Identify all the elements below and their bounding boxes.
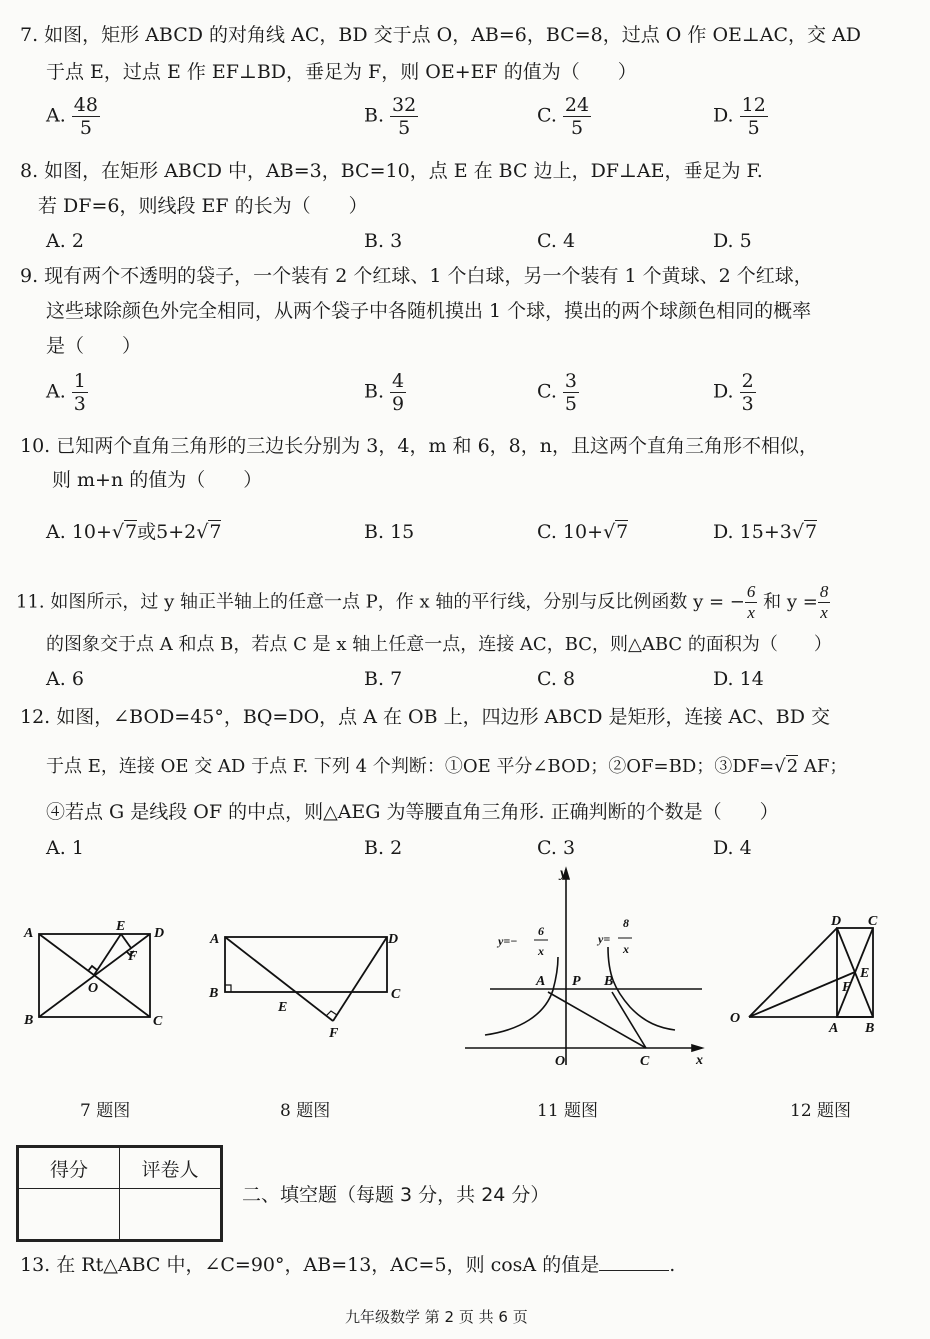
expr-part: 10+ [563,521,603,543]
expr-part: 或5+2 [137,521,196,543]
q12-line1: 12. 如图，∠BOD=45°，BQ=DO，点 A 在 OB 上，四边形 ABC… [20,705,830,729]
point-label-d: D [153,926,164,941]
q10-option-c[interactable]: C. 10+√7 [537,520,628,544]
equation-2-numerator: 8 [623,916,629,930]
point-label-e: E [115,919,125,934]
q7-line2: 于点 E，过点 E 作 EF⊥BD，垂足为 F，则 OE+EF 的值为（ ） [46,60,637,84]
denominator: 5 [396,117,412,139]
numerator: 1 [72,370,88,393]
point-label-b: B [23,1013,33,1028]
q12-line3: ④若点 G 是线段 OF 的中点，则△AEG 为等腰直角三角形. 正确判断的个数… [46,800,779,824]
numerator: 24 [563,94,591,117]
option-label: B. [364,837,384,859]
denominator: 5 [78,117,94,139]
q13-end: . [669,1254,675,1276]
axis-label-y: y [558,866,567,881]
point-label-o: O [555,1054,565,1069]
point-label-d: D [830,914,841,929]
q11-line1-text: 11. 如图所示，过 y 轴正半轴上的任意一点 P，作 x 轴的平行线，分别与反… [16,592,745,613]
option-label: A. [46,105,66,127]
q11-option-b[interactable]: B. 7 [364,667,402,691]
q10-line2: 则 m+n 的值为（ ） [52,468,262,492]
figure-11-diagram: y x A P B O C y=− 6 x y= 8 x [460,865,710,1070]
q12-option-b[interactable]: B. 2 [364,836,402,860]
point-label-e: E [859,966,869,981]
denominator: 5 [569,117,585,139]
figure-12-diagram: O A B C D E F [725,910,895,1035]
equation-label-1: y=− [496,934,517,948]
option-label: C. [537,105,557,127]
q12-option-d[interactable]: D. 4 [713,836,752,860]
q7-option-c[interactable]: C.245 [537,94,591,139]
point-label-c: C [153,1014,163,1029]
option-label: B. [364,230,384,252]
option-label: A. [46,230,66,252]
option-value: 3 [563,837,575,859]
q12-line2-text: 于点 E，连接 OE 交 AD 于点 F. 下列 4 个判断：①OE 平分∠BO… [46,756,774,777]
expr-part: 15+3 [740,521,792,543]
page-footer: 九年级数学 第 2 页 共 6 页 [345,1306,528,1327]
denominator: 5 [563,393,579,415]
q7-option-d[interactable]: D.125 [713,94,768,139]
option-label: A. [46,668,66,690]
q13-text: 13. 在 Rt△ABC 中，∠C=90°，AB=13，AC=5，则 cosA … [20,1254,599,1276]
q11-line1-text: 和 y = [763,592,818,613]
equation-1-numerator: 6 [538,924,544,938]
option-label: C. [537,381,557,403]
equation-1-denominator: x [537,944,544,958]
option-value: 2 [72,230,84,252]
axis-label-x: x [695,1053,703,1068]
q12-option-a[interactable]: A. 1 [46,836,84,860]
numerator: 3 [563,370,579,393]
equation-label-2: y= [596,932,610,946]
point-label-a: A [23,926,33,941]
point-label-o: O [730,1011,740,1026]
q9-line1: 9. 现有两个不透明的袋子，一个装有 2 个红球、1 个白球，另一个装有 1 个… [20,264,813,288]
option-value: 8 [563,668,575,690]
option-value: 14 [740,668,764,690]
q9-line3: 是（ ） [46,334,141,358]
point-label-c: C [640,1054,650,1069]
denominator: 3 [72,393,88,415]
point-label-a: A [535,974,545,989]
score-cell[interactable] [18,1189,120,1241]
option-label: D. [713,668,734,690]
q7-line1: 7. 如图，矩形 ABCD 的对角线 AC，BD 交于点 O，AB=6，BC=8… [20,23,861,47]
option-label: C. [537,521,557,543]
point-label-c: C [391,987,401,1002]
grader-header: 评卷人 [120,1147,222,1189]
q9-option-a[interactable]: A.13 [46,370,88,415]
section-2-title: 二、填空题（每题 3 分，共 24 分） [242,1183,549,1207]
option-label: D. [713,230,734,252]
point-label-d: D [387,932,398,947]
point-label-f: F [841,980,852,995]
denominator: 3 [740,393,756,415]
denominator: x [747,603,755,623]
option-value: 6 [72,668,84,690]
option-label: D. [713,521,734,543]
q7-option-a[interactable]: A.485 [46,94,100,139]
option-value: 1 [72,837,84,859]
denominator: x [820,603,828,623]
option-label: C. [537,668,557,690]
numerator: 4 [390,370,406,393]
radicand: 7 [615,520,628,543]
q11-option-d[interactable]: D. 14 [713,667,764,691]
point-label-c: C [868,914,878,929]
radicand: 7 [208,520,221,543]
numerator: 12 [740,94,768,117]
radicand: 7 [804,520,817,543]
point-label-b: B [864,1021,874,1035]
option-label: A. [46,521,66,543]
denominator: 9 [390,393,406,415]
q8-option-a[interactable]: A. 2 [46,229,84,253]
equation-2-denominator: x [622,942,629,956]
q11-line2: 的图象交于点 A 和点 B，若点 C 是 x 轴上任意一点，连接 AC，BC，则… [46,633,832,657]
figure-12-caption: 12 题图 [790,1096,851,1121]
q8-line2: 若 DF=6，则线段 EF 的长为（ ） [38,194,368,218]
radicand: 2 [786,755,798,777]
radicand: 7 [124,520,137,543]
numerator: 8 [818,582,831,603]
point-label-b: B [603,974,613,989]
q8-line1: 8. 如图，在矩形 ABCD 中，AB=3，BC=10，点 E 在 BC 边上，… [20,159,763,183]
option-label: A. [46,381,66,403]
q10-option-d[interactable]: D. 15+3√7 [713,520,817,544]
point-label-p: P [572,974,581,989]
point-label-f: F [127,949,138,964]
q12-line2: 于点 E，连接 OE 交 AD 于点 F. 下列 4 个判断：①OE 平分∠BO… [46,755,847,779]
q9-option-c[interactable]: C.35 [537,370,579,415]
option-label: D. [713,381,734,403]
option-label: D. [713,105,734,127]
option-value: 2 [390,837,402,859]
q10-option-b[interactable]: B. 15 [364,520,414,544]
q9-option-b[interactable]: B.49 [364,370,406,415]
figure-8-caption: 8 题图 [280,1096,330,1121]
option-label: D. [713,837,734,859]
numerator: 32 [390,94,418,117]
expr-part: 10+ [72,521,112,543]
option-value: 3 [390,230,402,252]
numerator: 48 [72,94,100,117]
q8-option-d[interactable]: D. 5 [713,229,752,253]
point-label-o: O [88,981,98,996]
q13: 13. 在 Rt△ABC 中，∠C=90°，AB=13，AC=5，则 cosA … [20,1252,675,1277]
option-value: 5 [740,230,752,252]
option-value: 4 [563,230,575,252]
numerator: 6 [745,582,758,603]
q11-option-a[interactable]: A. 6 [46,667,84,691]
figure-8-diagram: A B C D E F [205,925,415,1045]
q12-option-c[interactable]: C. 3 [537,836,575,860]
option-value: 15 [390,521,414,543]
q11-option-c[interactable]: C. 8 [537,667,575,691]
option-label: B. [364,668,384,690]
q10-option-a[interactable]: A. 10+√7或5+2√7 [46,520,221,544]
q12-line2-text: AF； [798,756,847,777]
point-label-a: A [828,1021,838,1035]
option-label: C. [537,230,557,252]
figure-7-caption: 7 题图 [80,1096,130,1121]
point-label-a: A [209,932,219,947]
option-value: 4 [740,837,752,859]
score-header: 得分 [18,1147,120,1189]
point-label-e: E [277,1000,287,1015]
q8-option-c[interactable]: C. 4 [537,229,575,253]
figure-7-diagram: A B C D E F O [20,915,180,1030]
figure-11-caption: 11 题图 [537,1096,598,1121]
option-label: B. [364,105,384,127]
option-label: C. [537,837,557,859]
point-label-b: B [208,986,218,1001]
denominator: 5 [746,117,762,139]
q8-option-b[interactable]: B. 3 [364,229,402,253]
answer-blank[interactable] [599,1252,669,1271]
q7-option-b[interactable]: B.325 [364,94,418,139]
grader-cell[interactable] [120,1189,222,1241]
q9-option-d[interactable]: D.23 [713,370,756,415]
score-table: 得分 评卷人 [16,1145,223,1242]
q11-line1: 11. 如图所示，过 y 轴正半轴上的任意一点 P，作 x 轴的平行线，分别与反… [16,582,830,623]
numerator: 2 [740,370,756,393]
option-value: 7 [390,668,402,690]
q9-line2: 这些球除颜色外完全相同，从两个袋子中各随机摸出 1 个球，摸出的两个球颜色相同的… [46,299,811,323]
q10-line1: 10. 已知两个直角三角形的三边长分别为 3，4，m 和 6，8，n，且这两个直… [20,434,818,458]
option-label: A. [46,837,66,859]
option-label: B. [364,381,384,403]
point-label-f: F [328,1026,339,1041]
option-label: B. [364,521,384,543]
